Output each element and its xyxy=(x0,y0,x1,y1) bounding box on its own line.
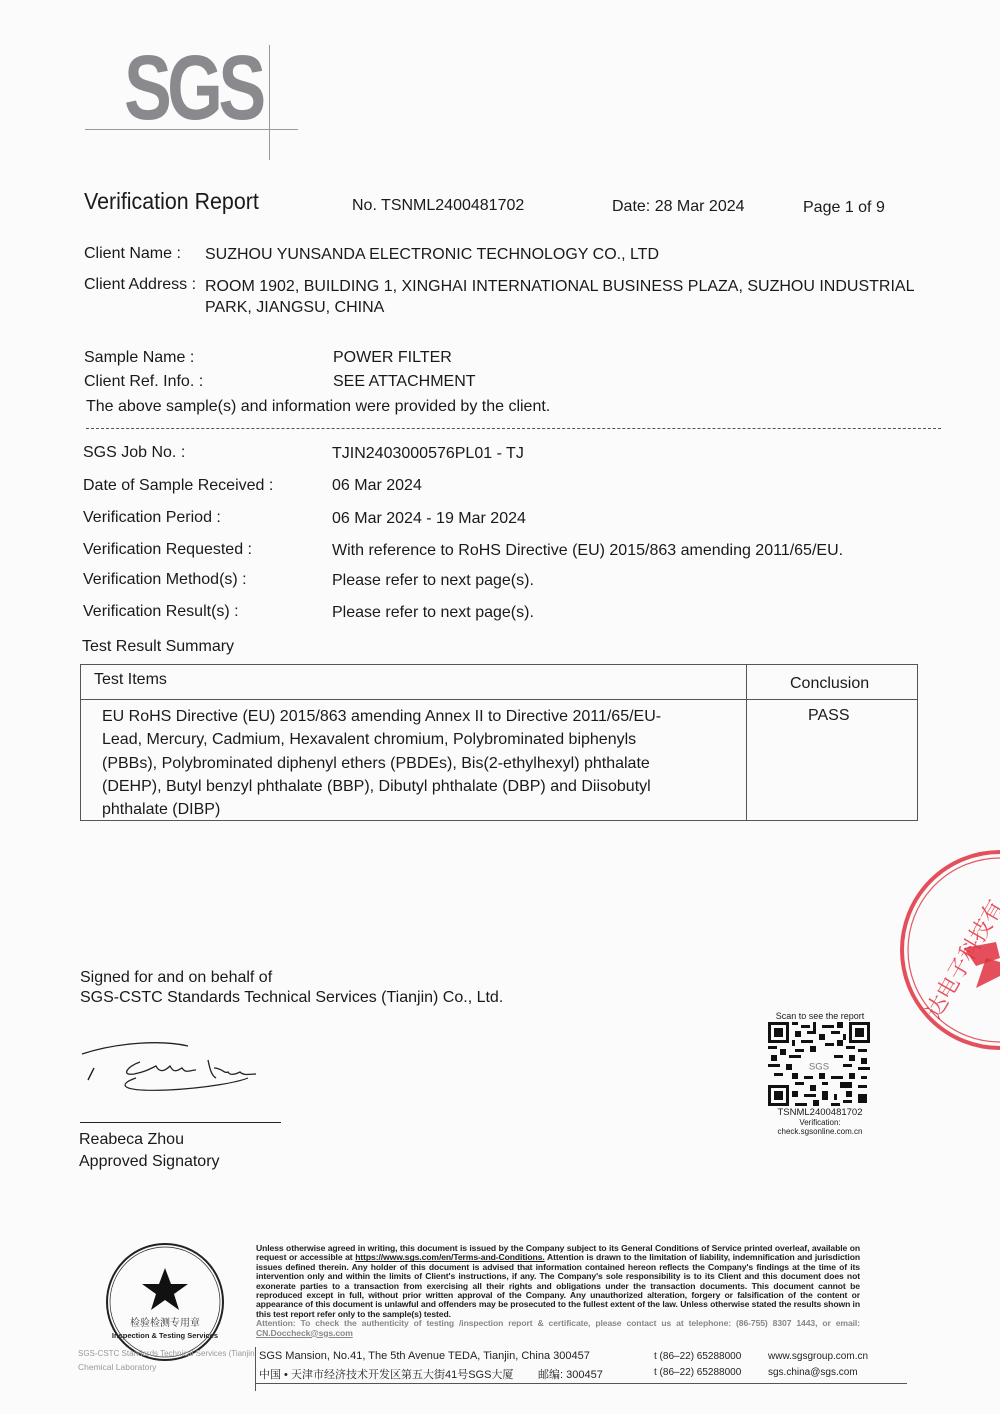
signed-on-behalf: Signed for and on behalf of SGS-CSTC Sta… xyxy=(80,968,503,1008)
client-name-value: SUZHOU YUNSANDA ELECTRONIC TECHNOLOGY CO… xyxy=(205,246,659,264)
signed-on-behalf-line1: Signed for and on behalf of xyxy=(80,968,503,988)
qr-verification-url[interactable]: check.sgsonline.com.cn xyxy=(760,1127,880,1136)
verification-requested-label: Verification Requested : xyxy=(83,541,252,559)
verification-methods-label: Verification Method(s) : xyxy=(83,571,247,589)
qr-caption: Scan to see the report xyxy=(760,1011,880,1021)
report-date: Date: 28 Mar 2024 xyxy=(612,198,745,216)
signatory-name: Reabeca Zhou xyxy=(79,1129,220,1151)
job-no-value: TJIN2403000576PL01 - TJ xyxy=(332,445,524,463)
signatory-title: Approved Signatory xyxy=(79,1151,220,1173)
footer-tick xyxy=(255,1347,256,1391)
footer-website-link[interactable]: www.sgsgroup.com.cn xyxy=(768,1351,868,1362)
verification-requested-value: With reference to RoHS Directive (EU) 20… xyxy=(332,542,843,560)
legal-disclaimer: Unless otherwise agreed in writing, this… xyxy=(256,1244,860,1338)
test-item-line: phthalate (DIBP) xyxy=(102,798,732,821)
verification-period-label: Verification Period : xyxy=(83,509,221,527)
signature-line xyxy=(80,1122,281,1123)
section-divider xyxy=(86,428,941,429)
doccheck-email-link[interactable]: CN.Doccheck@sgs.com xyxy=(256,1328,353,1338)
client-ref-value: SEE ATTACHMENT xyxy=(333,373,476,391)
seal-lab-text: Chemical Laboratory xyxy=(78,1362,157,1372)
test-item-line: (PBBs), Polybrominated diphenyl ethers (… xyxy=(102,752,732,775)
table-row-test-items: EU RoHS Directive (EU) 2015/863 amending… xyxy=(102,705,732,821)
column-header-conclusion: Conclusion xyxy=(790,675,869,693)
client-name-label: Client Name : xyxy=(84,245,181,263)
sample-received-value: 06 Mar 2024 xyxy=(332,477,422,495)
sample-name-value: POWER FILTER xyxy=(333,349,452,367)
footer-address-en: SGS Mansion, No.41, The 5th Avenue TEDA,… xyxy=(259,1350,590,1362)
qr-report-number: TSNML2400481702 xyxy=(760,1107,880,1118)
sample-name-label: Sample Name : xyxy=(84,349,194,367)
handwritten-signature xyxy=(78,1040,263,1095)
report-title: Verification Report xyxy=(84,188,259,215)
client-address-line1: ROOM 1902, BUILDING 1, XINGHAI INTERNATI… xyxy=(205,278,914,296)
signed-on-behalf-company: SGS-CSTC Standards Technical Services (T… xyxy=(80,988,503,1008)
verification-results-value: Please refer to next page(s). xyxy=(332,604,534,622)
test-item-line: Lead, Mercury, Cadmium, Hexavalent chrom… xyxy=(102,728,732,751)
seal-text-en: Inspection & Testing Services xyxy=(112,1331,218,1340)
page-indicator: Page 1 of 9 xyxy=(803,199,885,217)
report-number: No. TSNML2400481702 xyxy=(352,197,524,215)
sample-received-label: Date of Sample Received : xyxy=(83,477,273,495)
qr-code[interactable]: SGS xyxy=(768,1022,870,1106)
footer-phone: t (86–22) 65288000 xyxy=(654,1351,741,1362)
footer-rule xyxy=(255,1383,907,1384)
verification-results-label: Verification Result(s) : xyxy=(83,603,239,621)
client-seal-stamp: 达电子科技有 xyxy=(880,850,1000,1050)
disclaimer-text-cont: Attention is drawn to the limitation of … xyxy=(256,1252,860,1318)
footer-fax: t (86–22) 65288000 xyxy=(654,1367,741,1378)
footer-postcode-cn: 邮编: 300457 xyxy=(538,1366,603,1382)
conclusion-value: PASS xyxy=(808,707,850,725)
job-no-label: SGS Job No. : xyxy=(83,444,185,462)
table-header-divider xyxy=(80,699,918,700)
sgs-inspection-seal: 检验检测专用章 Inspection & Testing Services SG… xyxy=(76,1240,256,1390)
test-item-line: EU RoHS Directive (EU) 2015/863 amending… xyxy=(102,705,732,728)
column-header-test-items: Test Items xyxy=(94,671,167,689)
verification-methods-value: Please refer to next page(s). xyxy=(332,572,534,590)
client-address-label: Client Address : xyxy=(84,276,196,294)
seal-text-cn: 检验检测专用章 xyxy=(130,1316,200,1329)
summary-title: Test Result Summary xyxy=(82,638,234,656)
signatory: Reabeca Zhou Approved Signatory xyxy=(79,1129,220,1173)
test-item-line: (DEHP), Butyl benzyl phthalate (BBP), Di… xyxy=(102,775,732,798)
qr-center-logo: SGS xyxy=(809,1061,829,1072)
footer-email-link[interactable]: sgs.china@sgs.com xyxy=(768,1367,858,1378)
sgs-logo: SGS xyxy=(124,42,262,134)
seal-company-text: SGS-CSTC Standards Technical Services (T… xyxy=(78,1349,256,1358)
table-column-divider xyxy=(746,664,747,821)
verification-period-value: 06 Mar 2024 - 19 Mar 2024 xyxy=(332,510,526,528)
sample-note: The above sample(s) and information were… xyxy=(86,398,550,416)
client-address-line2: PARK, JIANGSU, CHINA xyxy=(205,299,384,317)
qr-verification-label: Verification: xyxy=(760,1118,880,1127)
star-icon xyxy=(142,1268,188,1310)
logo-rule-vertical xyxy=(269,45,270,160)
logo-rule-horizontal xyxy=(85,129,298,130)
client-ref-label: Client Ref. Info. : xyxy=(84,373,203,391)
footer-address-cn: 中国 • 天津市经济技术开发区第五大街41号SGS大厦 xyxy=(259,1366,513,1382)
